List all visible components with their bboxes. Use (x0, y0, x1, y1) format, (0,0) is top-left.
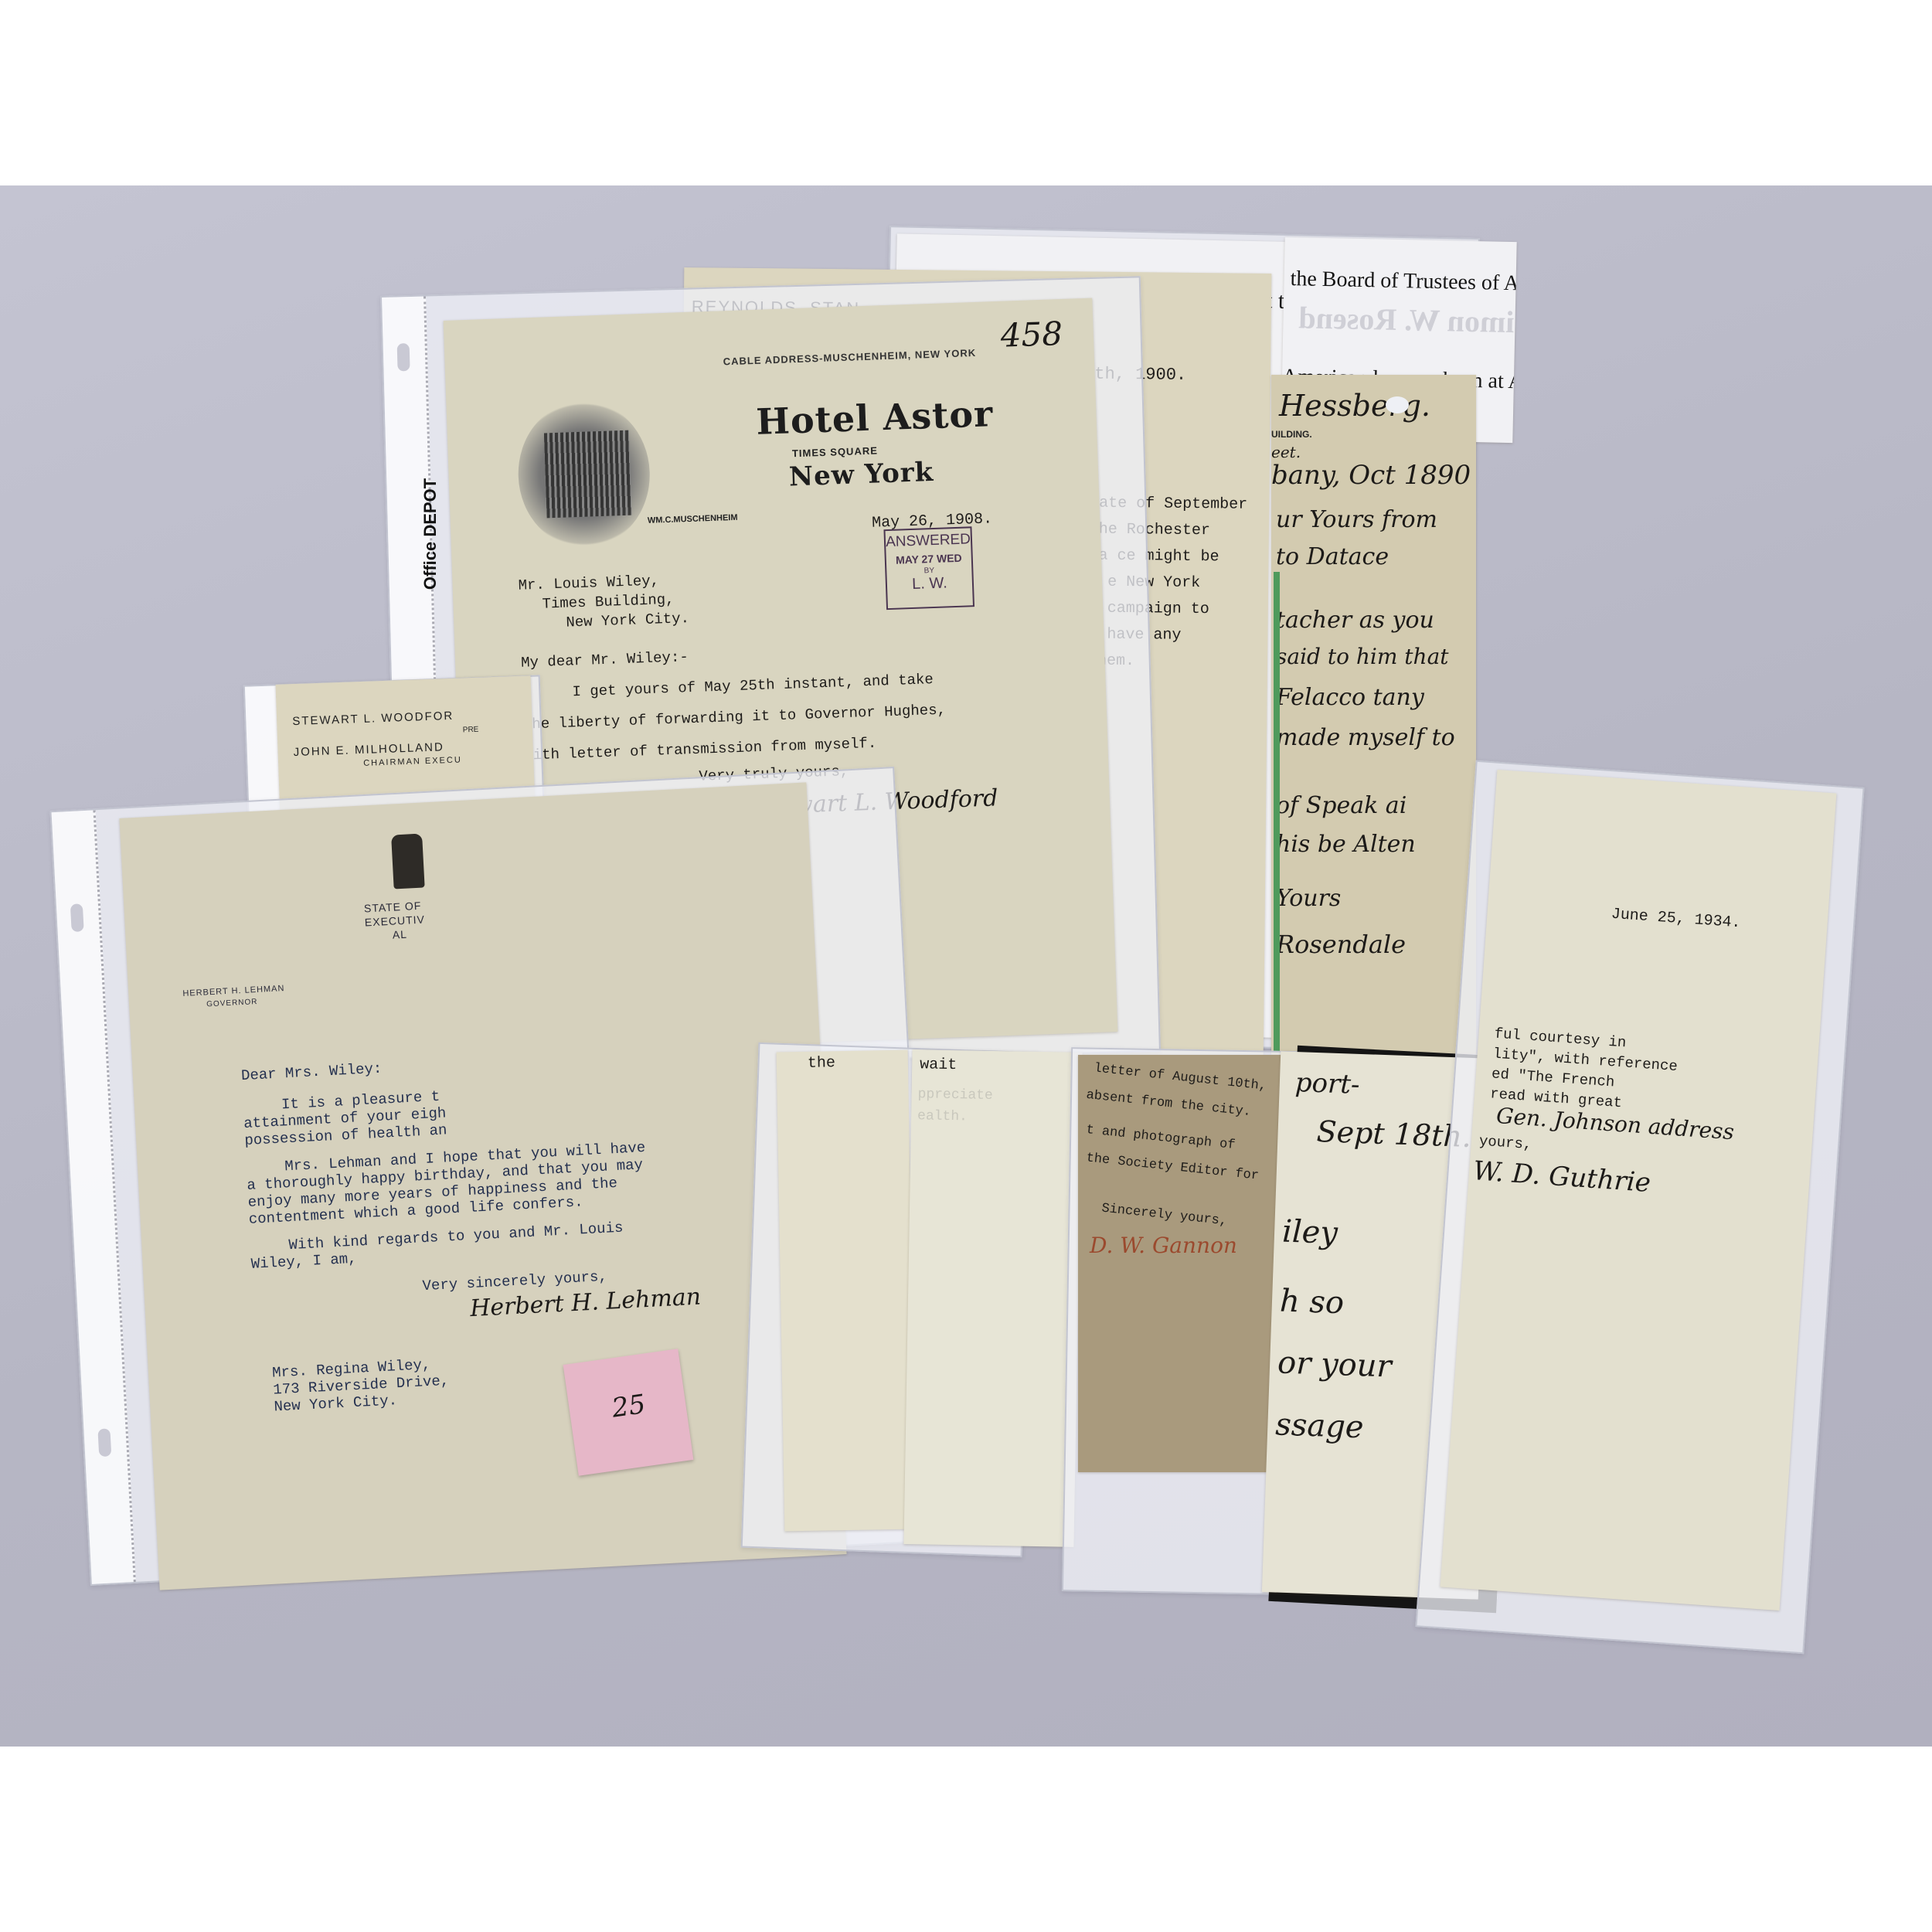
guthrie-signature: W. D. Guthrie (1472, 1155, 1651, 1199)
lehman-letter: STATE OF EXECUTIV AL HERBERT H. LEHMAN G… (119, 782, 846, 1590)
punch-hole (1386, 396, 1409, 413)
middle-letter-right: wait ppreciate ealth. (903, 1049, 1082, 1547)
office-depot-label: Office DEPOT (413, 479, 444, 595)
august-signature: D. W. Gannon (1090, 1233, 1237, 1258)
june-date: June 25, 1934. (1611, 906, 1741, 933)
number-note: 458 (1000, 315, 1063, 355)
hotel-name: Hotel Astor (756, 393, 995, 443)
hotel-building-engraving (515, 399, 652, 550)
august-letter: letter of August 10th, absent from the c… (1078, 1055, 1294, 1472)
answered-stamp: ANSWERED MAY 27 WED BY L. W. (883, 526, 975, 610)
ny-state-seal (391, 834, 425, 889)
june-letter: June 25, 1934. ful courtesy in lity", wi… (1440, 770, 1837, 1611)
salutation: My dear Mr. Wiley:- (521, 648, 689, 672)
sticky-note[interactable]: 25 (563, 1349, 694, 1475)
green-tape (1274, 572, 1280, 1051)
hotel-city: New York (788, 457, 934, 493)
sticky-note-number: 25 (610, 1389, 647, 1424)
hessberg-letter: Hessberg. UILDING. eet. bany, Oct 1890 u… (1271, 375, 1476, 1063)
bio-line-2: the Board of Trustees of Albany (1290, 267, 1516, 298)
hessberg-signature: Rosendale (1276, 930, 1406, 959)
bio-mirrored-heading: Simon W. Rosend (1298, 299, 1517, 340)
middle-letter-left: the (777, 1050, 917, 1532)
sender-name: HERBERT H. LEHMAN (182, 984, 285, 998)
cable-address: CABLE ADDRESS-MUSCHENHEIM, NEW YORK (723, 347, 976, 367)
